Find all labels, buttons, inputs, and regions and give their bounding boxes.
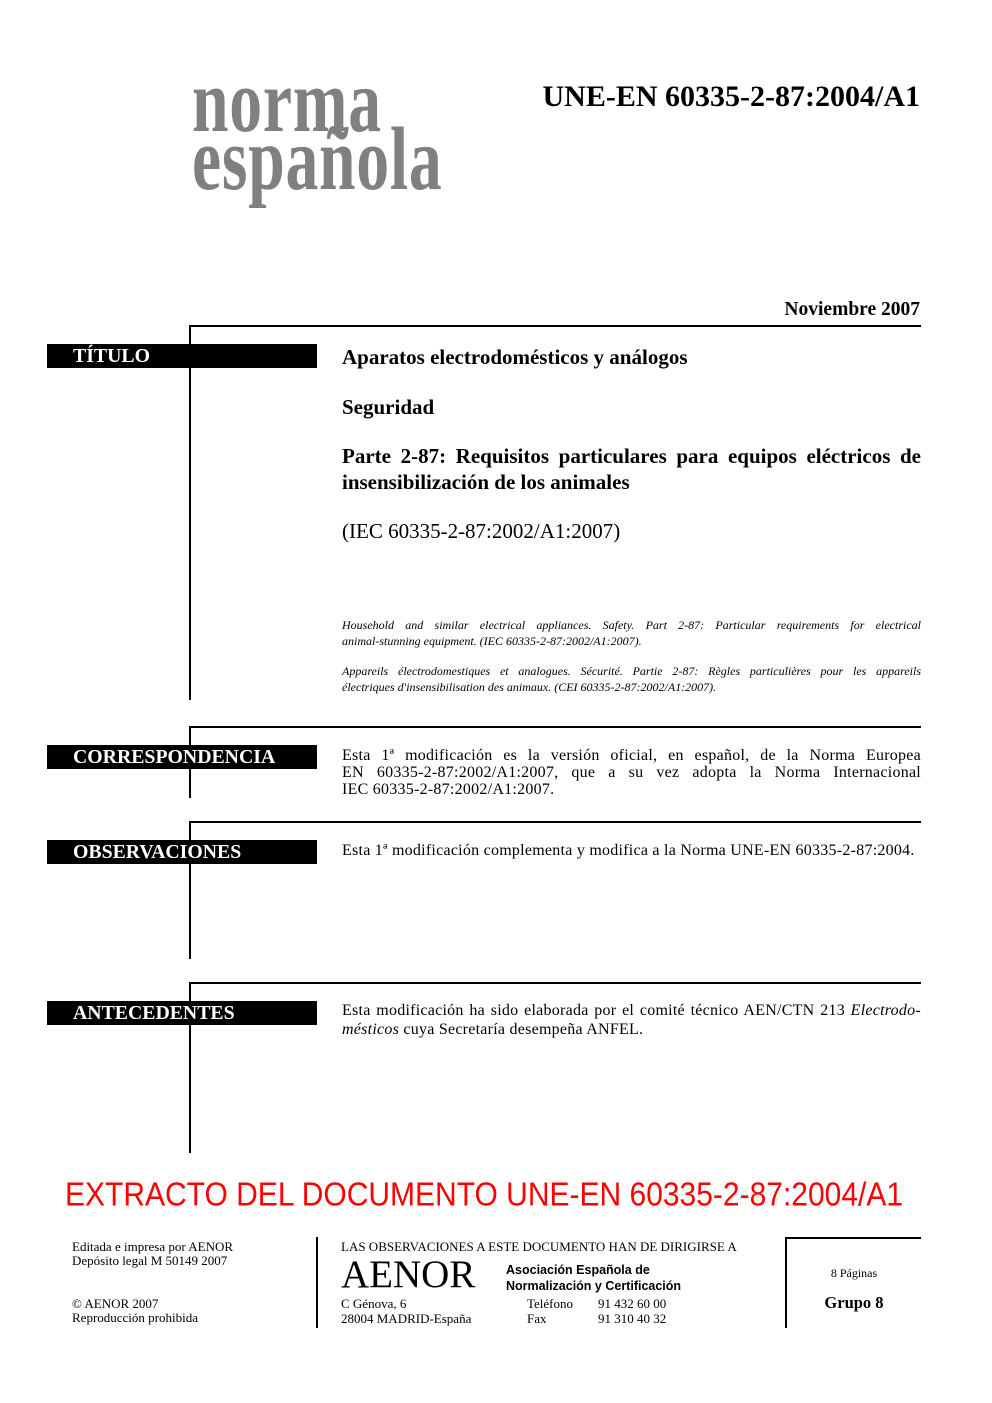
publisher-line: Editada e impresa por AENOR [72,1240,233,1254]
english-title-line: Household and similar electrical applian… [342,618,921,634]
text-line: IEC 60335-2-87:2002/A1:2007. [342,781,921,798]
page-count: 8 Páginas [787,1266,921,1280]
section-divider [189,982,921,984]
text-line: mésticos cuya Secretaría desempeña ANFEL… [342,1020,921,1039]
french-title: Appareils électrodomestiques et analogue… [342,664,921,695]
address: C Génova, 6 28004 MADRID-España [341,1296,471,1326]
english-title: Household and similar electrical applian… [342,618,921,649]
page-box-top [785,1237,921,1239]
iec-reference: (IEC 60335-2-87:2002/A1:2007) [342,519,921,543]
organization-line: Asociación Española de [506,1262,681,1278]
phone-label: Teléfono [527,1296,573,1311]
copyright-info: © AENOR 2007 Reproducción prohibida [72,1297,198,1325]
contact-values: 91 432 60 00 91 310 40 32 [598,1296,666,1326]
observaciones-text: Esta 1ª modificación complementa y modif… [342,842,921,859]
organization-line: Normalización y Certificación [506,1278,681,1294]
aenor-logo: AENOR [341,1255,475,1294]
price-group: Grupo 8 [787,1294,921,1312]
document-part: Parte 2-87: Requisitos particulares para… [342,443,921,495]
section-divider [189,821,921,823]
address-line: C Génova, 6 [341,1296,471,1311]
footer-divider [316,1237,318,1328]
section-rule [189,325,191,700]
phone-number: 91 432 60 00 [598,1296,666,1311]
correspondencia-text: Esta 1ª modificación es la versión ofici… [342,747,921,798]
document-code: UNE-EN 60335-2-87:2004/A1 [543,82,920,112]
extract-notice: EXTRACTO DEL DOCUMENTO UNE-EN 60335-2-87… [65,1179,903,1212]
address-line: 28004 MADRID-España [341,1311,471,1326]
english-title-line: animal-stunning equipment. (IEC 60335-2-… [342,634,921,650]
text-line: Esta 1ª modificación es la versión ofici… [342,747,921,764]
contact-labels: Teléfono Fax [527,1296,573,1326]
text-line: EN 60335-2-87:2002/A1:2007, que a su vez… [342,764,921,781]
label-titulo: TÍTULO [47,344,317,368]
part-line: Parte 2-87: Requisitos particulares para… [342,443,921,469]
committee-name-italic: Electrodo- [851,1002,921,1019]
part-line: insensibilización de los animales [342,469,921,495]
text-segment: cuya Secretaría desempeña ANFEL. [399,1021,643,1038]
antecedentes-text: Esta modificación ha sido elaborada por … [342,1001,921,1039]
page-box-side [785,1237,787,1328]
document-subtitle: Seguridad [342,395,921,419]
french-title-line: électriques d'insensibilisation des anim… [342,680,921,696]
publisher-info: Editada e impresa por AENOR Depósito leg… [72,1240,233,1268]
fax-number: 91 310 40 32 [598,1311,666,1326]
label-correspondencia: CORRESPONDENCIA [47,745,317,769]
brand-espanola: española [192,115,442,205]
document-title: Aparatos electrodomésticos y análogos [342,345,921,369]
section-divider [189,726,921,728]
copyright-line: © AENOR 2007 [72,1297,198,1311]
reproduction-notice: Reproducción prohibida [72,1311,198,1325]
text-line: Esta modificación ha sido elaborada por … [342,1001,921,1020]
french-title-line: Appareils électrodomestiques et analogue… [342,664,921,680]
organization-name: Asociación Española de Normalización y C… [506,1262,681,1294]
section-divider [189,325,921,327]
label-observaciones: OBSERVACIONES [47,840,317,864]
fax-label: Fax [527,1311,573,1326]
committee-name-italic: mésticos [342,1021,399,1038]
publication-date: Noviembre 2007 [784,300,920,320]
legal-deposit: Depósito legal M 50149 2007 [72,1254,233,1268]
label-antecedentes: ANTECEDENTES [47,1001,317,1025]
contact-heading: LAS OBSERVACIONES A ESTE DOCUMENTO HAN D… [341,1239,737,1254]
text-segment: Esta modificación ha sido elaborada por … [342,1002,851,1019]
